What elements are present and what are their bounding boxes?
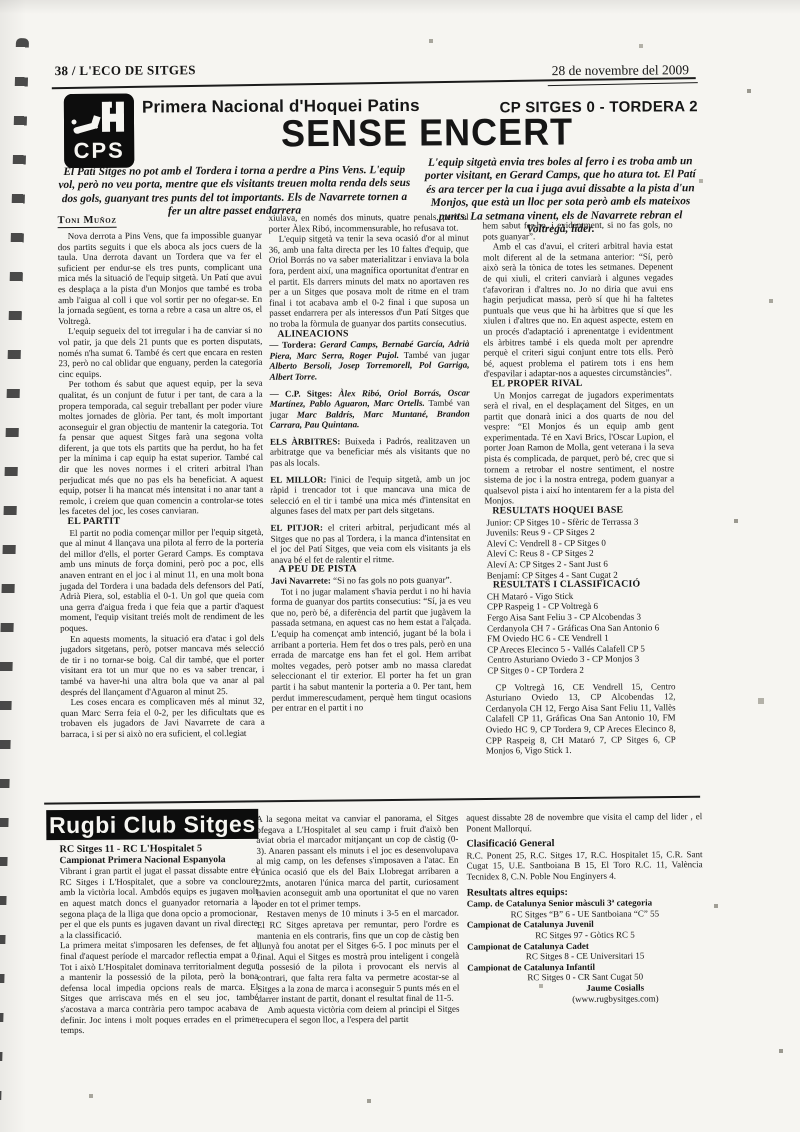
section-divider bbox=[44, 796, 700, 805]
rugby-header-label: Rugbi Club Sitges bbox=[49, 810, 256, 838]
article-column-3: hem sabut fer-ho, i evidentment, si no f… bbox=[483, 219, 676, 756]
cps-club-logo-icon: CPS bbox=[62, 92, 136, 170]
lineup-sitges: — C.P. Sitges: Àlex Ribó, Oriol Borrás, … bbox=[270, 387, 470, 431]
paragraph: El partit no podia començar millor per l… bbox=[59, 526, 264, 633]
paragraph: En aquests moments, la situació era d'at… bbox=[60, 632, 264, 697]
svg-text:CPS: CPS bbox=[73, 138, 124, 163]
referees-label: ELS ÀRBITRES: bbox=[270, 436, 340, 446]
paragraph: hem sabut fer-ho, i evidentment, si no f… bbox=[483, 219, 673, 241]
referees-note: ELS ÀRBITRES: Buixeda i Padrós, realitza… bbox=[270, 435, 470, 468]
paragraph: Les coses encara es complicaven més al m… bbox=[61, 696, 265, 740]
date-rule bbox=[548, 82, 698, 86]
paragraph: Un Monjos carregat de jugadors experimen… bbox=[484, 389, 675, 507]
classification-standings: CP Voltregà 16, CE Vendrell 15, Centro A… bbox=[485, 681, 675, 756]
team-label: — Tordera: bbox=[269, 340, 316, 350]
result-line: Cerdanyola CH 7 - Gráficas Ona San Anton… bbox=[487, 622, 675, 634]
paragraph: Per tothom és sabut que aquest equip, pe… bbox=[59, 378, 264, 517]
team-label: — C.P. Sitges: bbox=[270, 388, 333, 398]
paragraph: Amb el cas d'avui, el criteri arbitral h… bbox=[483, 241, 674, 380]
newspaper-page: 38 / L'ECO DE SITGES 28 de novembre del … bbox=[0, 0, 800, 1132]
worst-note: EL PITJOR: el criteri arbitral, perjudic… bbox=[270, 522, 470, 566]
headline: SENSE ENCERT bbox=[262, 110, 592, 156]
article-column-1: Nova derrota a Pins Vens, que fa impossi… bbox=[58, 230, 265, 740]
worst-label: EL PITJOR: bbox=[270, 523, 323, 533]
rugby-column-3: aquest dissabte 28 de novembre que visit… bbox=[466, 811, 703, 1005]
article-column-2: xiulava, en només dos minuts, quatre pen… bbox=[269, 212, 472, 714]
paragraph: A la segona meitat va canviar el panoram… bbox=[256, 813, 459, 910]
paragraph: La primera meitat s'imposaren les defens… bbox=[60, 939, 259, 1036]
youth-results-list: Junior: CP Sitges 10 - Sfèric de Terrass… bbox=[484, 516, 674, 581]
paragraph: L'equip sitgetà va tenir la seva ocasió … bbox=[269, 233, 470, 330]
best-label: EL MILLOR: bbox=[270, 474, 326, 484]
best-note: EL MILLOR: l'inici de l'equip sitgetà, a… bbox=[270, 473, 470, 517]
coach-name: Javi Navarrete: bbox=[271, 575, 331, 585]
coach-quote-text: “Si no fas gols no pots guanyar”. bbox=[333, 575, 452, 586]
rugby-classification: R.C. Ponent 25, R.C. Sitges 17, R.C. Hos… bbox=[466, 849, 702, 882]
result-line: CP Sitges 0 - CP Tordera 2 bbox=[487, 664, 675, 676]
rugby-column-2: A la segona meitat va canviar el panoram… bbox=[256, 813, 459, 1026]
byline: Toni Muñoz bbox=[58, 215, 117, 228]
lineup-tordera: — Tordera: Gerard Camps, Bernabé García,… bbox=[269, 339, 469, 383]
substitutes: Marc Baldrís, Marc Muntané, Brandon Carr… bbox=[270, 408, 470, 430]
paragraph: Amb aquesta victòria com deiem al princi… bbox=[257, 1003, 459, 1025]
also-played-label: També van jugar bbox=[404, 349, 470, 359]
paragraph: xiulava, en només dos minuts, quatre pen… bbox=[269, 212, 469, 234]
author-website: (www.rugbysitges.com) bbox=[467, 993, 703, 1005]
paragraph: Tot i no jugar malament s'havia perdut i… bbox=[271, 585, 472, 713]
paragraph: Vibrant i gran partit el jugat el passat… bbox=[60, 865, 258, 940]
paragraph: L'equip segueix del tot irregular i ha d… bbox=[58, 325, 262, 379]
substitutes: Alberto Bersoli, Josep Torremorell, Pol … bbox=[269, 360, 469, 382]
paragraph: Nova derrota a Pins Vens, que fa impossi… bbox=[58, 230, 263, 327]
rugby-section-header: Rugbi Club Sitges bbox=[46, 809, 258, 840]
paragraph: Restaven menys de 10 minuts i 3-5 en el … bbox=[257, 908, 460, 1005]
senior-results-list: CH Mataró - Vigo Stick CPP Raspeig 1 - C… bbox=[485, 590, 676, 676]
paragraph: aquest dissabte 28 de novembre que visit… bbox=[466, 811, 702, 834]
edition-label: 38 / L'ECO DE SITGES bbox=[55, 62, 196, 79]
coach-quote: Javi Navarrete: “Si no fas gols no pots … bbox=[271, 575, 471, 587]
page-content: 38 / L'ECO DE SITGES 28 de novembre del … bbox=[0, 0, 800, 1132]
rugby-column-1: RC Sitges 11 - RC L'Hospitalet 5 Campion… bbox=[59, 844, 258, 1036]
